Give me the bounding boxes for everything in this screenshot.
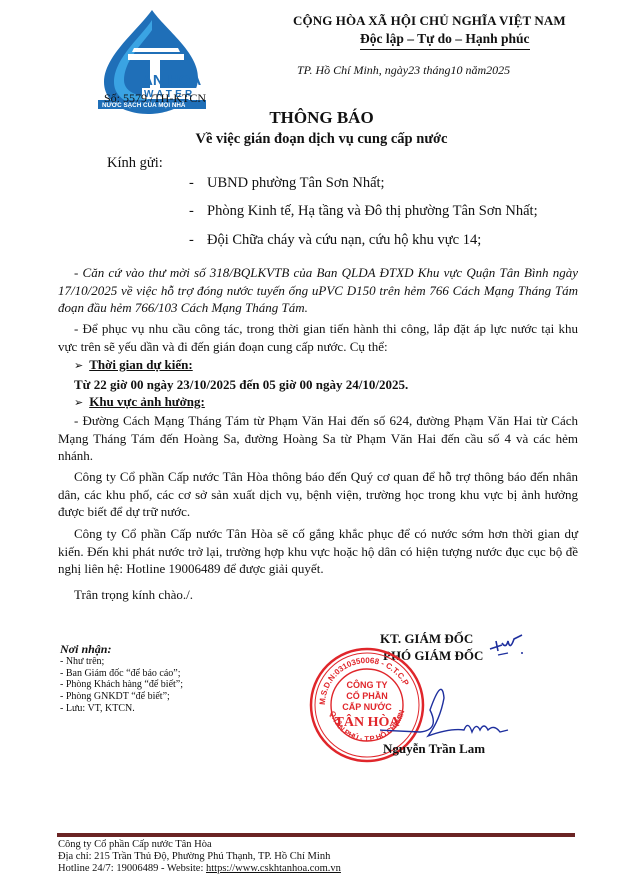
recipient-item: -Phòng Kinh tế, Hạ tầng và Đô thị phường… [189, 203, 538, 220]
document-subtitle: Về việc gián đoạn dịch vụ cung cấp nước [0, 131, 631, 148]
footer: Công ty Cổ phần Cấp nước Tân Hòa Địa chỉ… [58, 839, 341, 875]
receivers-list: - Như trên; - Ban Giám đốc “để báo cáo”;… [60, 656, 183, 715]
closing-line: Trân trọng kính chào./. [58, 586, 578, 604]
document-number: Số: 5579 /TH-KTCN [104, 91, 206, 106]
logo-brand-main: AN HOA [142, 72, 201, 89]
footer-rule [57, 833, 575, 837]
receiver-item: - Như trên; [60, 656, 183, 668]
receivers-title: Nơi nhận: [60, 642, 111, 657]
receiver-item: - Ban Giám đốc “để báo cáo”; [60, 668, 183, 680]
area-heading: ➢Khu vực ảnh hưởng: [74, 394, 205, 410]
footer-address: Địa chỉ: 215 Trần Thủ Độ, Phường Phú Thạ… [58, 851, 341, 863]
arrow-bullet-icon: ➢ [74, 360, 83, 372]
recipient-item: -UBND phường Tân Sơn Nhất; [189, 175, 385, 192]
basis-paragraph: - Căn cứ vào thư mời số 318/BQLKVTB của … [58, 264, 578, 317]
motto-underline [360, 49, 530, 50]
greeting: Kính gửi: [107, 155, 163, 172]
document-title: THÔNG BÁO [0, 108, 631, 128]
national-title: CỘNG HÒA XÃ HỘI CHỦ NGHĨA VIỆT NAM [293, 13, 566, 29]
footer-company: Công ty Cổ phần Cấp nước Tân Hòa [58, 839, 341, 851]
receiver-item: - Lưu: VT, KTCN. [60, 703, 183, 715]
notice-paragraph: Công ty Cổ phần Cấp nước Tân Hòa thông b… [58, 468, 578, 521]
handwritten-signature [380, 680, 560, 750]
purpose-paragraph: - Để phục vụ nhu cầu công tác, trong thờ… [58, 320, 578, 355]
signer-role-primary: KT. GIÁM ĐỐC [380, 631, 473, 647]
recipient-item: -Đội Chữa cháy và cứu nạn, cứu hộ khu vự… [189, 232, 481, 249]
time-heading: ➢Thời gian dự kiến: [74, 357, 193, 373]
receiver-item: - Phòng GNKDT “để biết”; [60, 691, 183, 703]
national-motto: Độc lập – Tự do – Hạnh phúc [360, 31, 530, 47]
time-value: Từ 22 giờ 00 ngày 23/10/2025 đến 05 giờ … [74, 377, 408, 393]
footer-contact: Hotline 24/7: 19006489 - Website: https:… [58, 863, 341, 875]
signer-name: Nguyễn Trần Lam [383, 741, 485, 757]
arrow-bullet-icon: ➢ [74, 397, 83, 409]
place-date: TP. Hồ Chí Minh, ngày23 tháng10 năm2025 [297, 63, 510, 78]
commitment-paragraph: Công ty Cổ phần Cấp nước Tân Hòa sẽ cố g… [58, 525, 578, 578]
initials-mark-icon [488, 633, 528, 658]
area-paragraph: - Đường Cách Mạng Tháng Tám từ Phạm Văn … [58, 412, 578, 465]
receiver-item: - Phòng Khách hàng “để biết”; [60, 679, 183, 691]
website-link[interactable]: https://www.cskhtanhoa.com.vn [206, 863, 341, 874]
